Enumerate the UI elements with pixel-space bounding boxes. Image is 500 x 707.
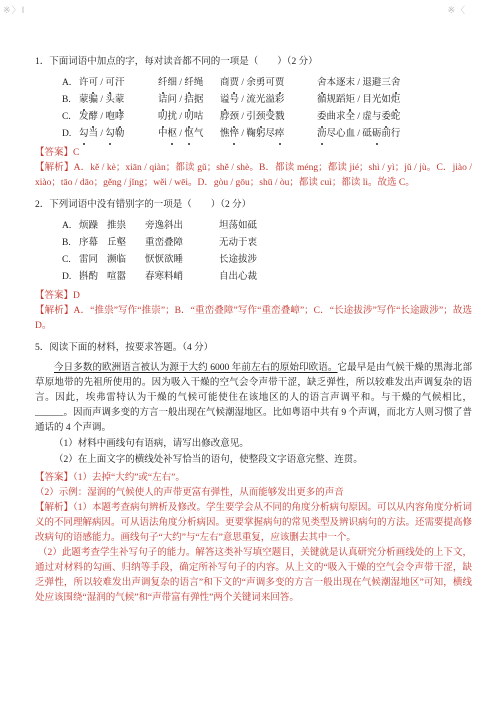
q1-option-c-pair4: 委曲求全 / 虚与委蛇 xyxy=(317,109,472,126)
q1-option-b-pair1: 蒙骗 / 头蒙 xyxy=(79,92,158,109)
question-1: 1．下面词语中加点的字，每对读音都不同的一项是（ ）（2 分） A. 许可 / … xyxy=(35,55,472,191)
q2-option-d-word2: 喧嚣 xyxy=(107,269,145,286)
registration-mark-right: ※〈 xyxy=(447,5,466,15)
q1-option-a-pair3: 商贾 / 余勇可贾 xyxy=(220,75,317,92)
q2-option-c: C. 雷同 濒临 恹恹欲睡 长途拔涉 xyxy=(35,252,472,269)
q1-answer: 【答案】C xyxy=(35,146,472,161)
q2-option-a-word3: 旁逸斜出 xyxy=(145,218,219,235)
paper-content: 1．下面词语中加点的字，每对读音都不同的一项是（ ）（2 分） A. 许可 / … xyxy=(35,55,472,606)
q1-option-a-pair4: 舍本逐末 / 退避三舍 xyxy=(317,75,472,92)
q1-option-b-pair3: 谥号 / 流光溢彩 xyxy=(220,92,317,109)
q1-option-b-pair2: 诘问 / 拮据 xyxy=(158,92,220,109)
q2-option-b-label: B. xyxy=(62,235,79,252)
q1-option-d-pair2: 中枢 / 怄气 xyxy=(158,126,220,143)
q2-option-d-word1: 斟酌 xyxy=(79,269,107,286)
q2-option-a: A. 烦躁 推祟 旁逸斜出 坦荡如砥 xyxy=(35,218,472,235)
q2-option-b-word2: 丘壑 xyxy=(107,235,145,252)
q1-option-d-pair1: 勾当 / 勾勒 xyxy=(79,126,158,143)
q5-analysis-part2: （2）此题考查学生补写句子的能力。解答这类补写填空题目，关键就是认真研究分析画线… xyxy=(35,546,472,606)
q2-option-d-word4: 自出心裁 xyxy=(219,269,472,286)
test-paper-page: ※〉‖ ※〈 1．下面词语中加点的字，每对读音都不同的一项是（ ）（2 分） A… xyxy=(0,0,500,707)
q2-option-d: D. 斟酌 喧嚣 春寒料峭 自出心裁 xyxy=(35,269,472,286)
q1-analysis: 【解析】A．kě / kè；xiān / qiàn；都读 gǔ；shě / sh… xyxy=(35,161,472,191)
q1-option-c: C. 发酵 / 咆哮 叨扰 / 叨咕 脖颈 / 引颈受戮 委曲求全 / 虚与委蛇 xyxy=(35,109,472,126)
q2-option-a-word1: 烦躁 xyxy=(79,218,107,235)
q1-option-b-label: B. xyxy=(62,92,79,109)
q2-option-c-label: C. xyxy=(62,252,79,269)
q1-option-d-label: D. xyxy=(62,126,79,143)
registration-mark-left: ※〉‖ xyxy=(3,5,25,15)
q2-option-b-word4: 无动于衷 xyxy=(219,235,472,252)
q1-option-a-pair1: 许可 / 可汗 xyxy=(79,75,158,92)
q1-option-d: D. 勾当 / 勾勒 中枢 / 怄气 憔悴 / 鞠躬尽瘁 沥尽心血 / 砥砺前行 xyxy=(35,126,472,143)
q1-option-a: A. 许可 / 可汗 纤细 / 纤绳 商贾 / 余勇可贾 舍本逐末 / 退避三舍 xyxy=(35,75,472,92)
q5-subquestion-1: （1）材料中画线句有语病，请写出修改意见。 xyxy=(35,436,472,452)
q5-passage-underlined-sentence: 今日多数的欧洲语言被认为源于大约 6000 年前左右的原始印欧语。 xyxy=(54,363,338,373)
q2-option-c-word1: 雷同 xyxy=(79,252,107,269)
q2-option-d-label: D. xyxy=(62,269,79,286)
q2-option-a-word4: 坦荡如砥 xyxy=(219,218,472,235)
q2-option-b-word1: 序幕 xyxy=(79,235,107,252)
q2-option-b-word3: 重峦叠障 xyxy=(145,235,219,252)
question-1-title: 1．下面词语中加点的字，每对读音都不同的一项是（ ）（2 分） xyxy=(35,55,472,70)
q5-subquestion-2: （2）在上面文字的横线处补写恰当的语句，使整段文字语意完整、连贯。 xyxy=(35,452,472,468)
q2-option-c-word2: 濒临 xyxy=(107,252,145,269)
q1-option-c-pair3: 脖颈 / 引颈受戮 xyxy=(220,109,317,126)
q5-analysis-part1: 【解析】（1）本题考查病句辨析及修改。学生要学会从不同的角度分析病句原因。可以从… xyxy=(35,501,472,546)
q2-option-c-word3: 恹恹欲睡 xyxy=(145,252,219,269)
question-5-title: 5．阅读下面的材料，按要求答题。（4 分） xyxy=(35,341,472,356)
q1-option-d-pair3: 憔悴 / 鞠躬尽瘁 xyxy=(220,126,317,143)
q1-option-b-pair4: 循规蹈矩 / 目光如炬 xyxy=(317,92,472,109)
q1-option-c-pair2: 叨扰 / 叨咕 xyxy=(158,109,220,126)
question-2-title: 2．下列词语中没有错别字的一项是（ ）（2 分） xyxy=(35,198,472,213)
q1-option-a-label: A. xyxy=(62,75,79,92)
q2-answer: 【答案】D xyxy=(35,289,472,304)
q2-option-c-word4: 长途拔涉 xyxy=(219,252,472,269)
q1-option-c-label: C. xyxy=(62,109,79,126)
question-5: 5．阅读下面的材料，按要求答题。（4 分） 今日多数的欧洲语言被认为源于大约 6… xyxy=(35,341,472,606)
q5-passage-rest: 它最早是由气候干燥的黑海北部草原地带的先祖所使用的。因为吸入干燥的空气会令声带干… xyxy=(35,363,472,433)
q2-option-d-word3: 春寒料峭 xyxy=(145,269,219,286)
question-2: 2．下列词语中没有错别字的一项是（ ）（2 分） A. 烦躁 推祟 旁逸斜出 坦… xyxy=(35,198,472,334)
q2-option-b: B. 序幕 丘壑 重峦叠障 无动于衷 xyxy=(35,235,472,252)
q2-option-a-word2: 推祟 xyxy=(107,218,145,235)
q5-passage: 今日多数的欧洲语言被认为源于大约 6000 年前左右的原始印欧语。它最早是由气候… xyxy=(35,361,472,436)
q5-answer-part1: 【答案】（1）去掉“大约”或“左右”。 xyxy=(35,471,472,486)
q5-answer-part2: （2）示例：湿润的气候使人的声带更富有弹性，从而能够发出更多的声音 xyxy=(35,486,472,501)
q1-option-b: B. 蒙骗 / 头蒙 诘问 / 拮据 谥号 / 流光溢彩 循规蹈矩 / 目光如炬 xyxy=(35,92,472,109)
q2-option-a-label: A. xyxy=(62,218,79,235)
q1-option-a-pair2: 纤细 / 纤绳 xyxy=(158,75,220,92)
q1-option-c-pair1: 发酵 / 咆哮 xyxy=(79,109,158,126)
q1-option-d-pair4: 沥尽心血 / 砥砺前行 xyxy=(317,126,472,143)
q2-analysis: 【解析】A．“推祟”写作“推崇”；B．“重峦叠障”写作“重峦叠嶂”；C．“长途拔… xyxy=(35,304,472,334)
